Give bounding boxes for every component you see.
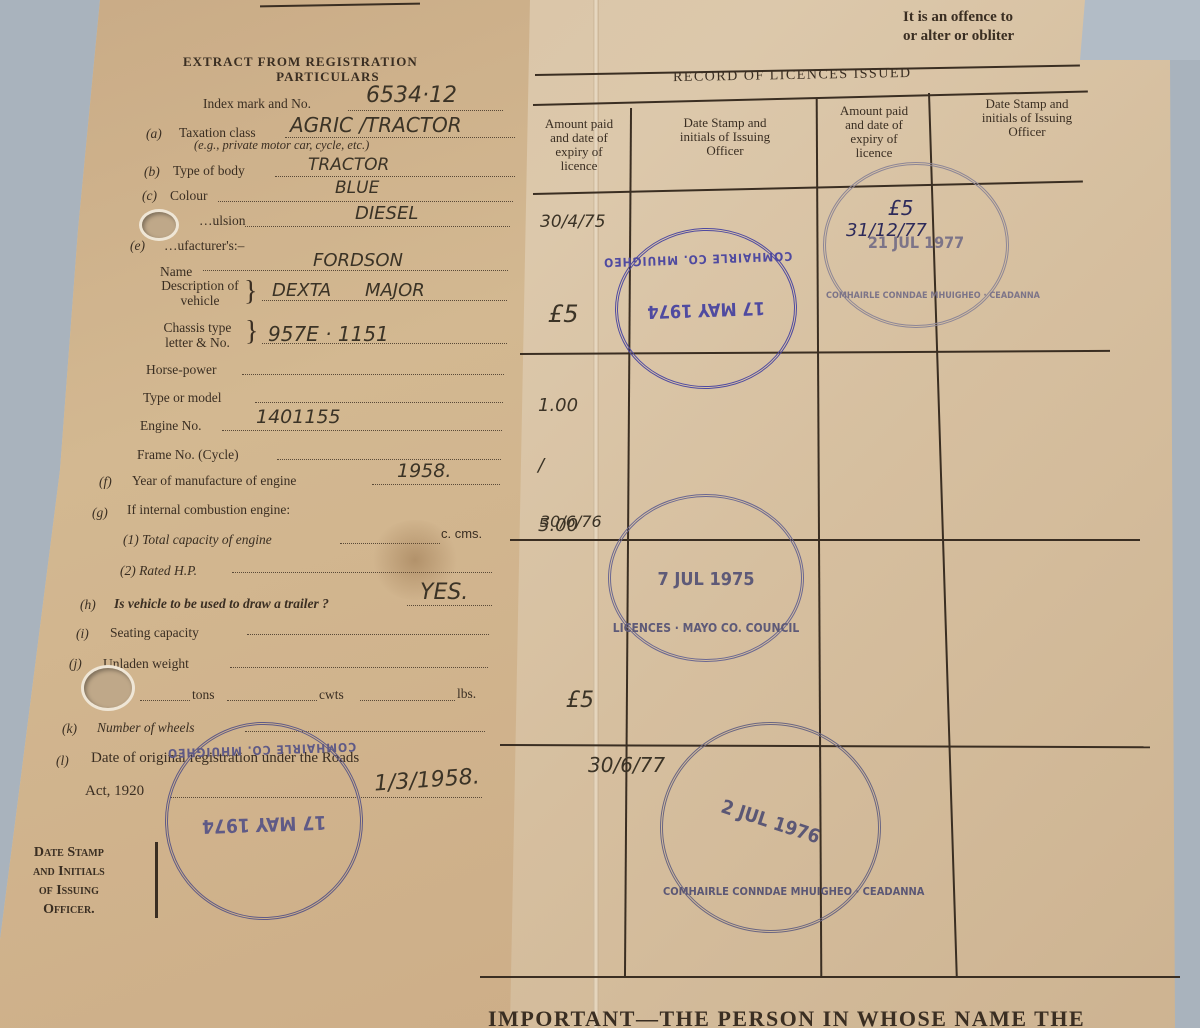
year-value: 1958. xyxy=(397,460,451,482)
wheels-label: Number of wheels xyxy=(97,720,195,736)
extract-title: EXTRACT FROM REGISTRATION PARTICULARS xyxy=(183,54,418,84)
description-brace: } xyxy=(244,278,257,306)
row-divider-5 xyxy=(480,976,1180,978)
top-notice-line1: It is an offence to xyxy=(903,8,1014,27)
tons-label: tons xyxy=(192,687,215,703)
frame-no-label: Frame No. (Cycle) xyxy=(137,447,239,463)
chassis-label: Chassis type letter & No. xyxy=(150,320,245,350)
propulsion-value: DIESEL xyxy=(355,203,418,224)
chassis-brace: } xyxy=(245,318,258,346)
col-header-stamp-1: Date Stamp and initials of Issuing Offic… xyxy=(670,116,780,158)
name-value: FORDSON xyxy=(313,250,403,271)
col-header-amount-1: Amount paid and date of expiry of licenc… xyxy=(540,117,618,173)
lbs-field-line xyxy=(360,700,455,701)
description-label: Description of vehicle xyxy=(157,278,243,308)
rated-hp-label: (2) Rated H.P. xyxy=(120,563,197,579)
licence-3-stamp: 7 JUL 1975 LICENCES · MAYO CO. COUNCIL xyxy=(608,494,804,662)
taxation-hint: (e.g., private motor car, cycle, etc.) xyxy=(194,138,369,153)
year-label: Year of manufacture of engine xyxy=(132,473,296,489)
taxation-value: AGRIC /TRACTOR xyxy=(290,113,462,137)
model-field-line xyxy=(255,402,503,403)
index-field-line xyxy=(348,110,503,111)
col-header-stamp-2: Date Stamp and initials of Issuing Offic… xyxy=(972,97,1082,139)
engine-no-label: Engine No. xyxy=(140,418,202,434)
colour-field-line xyxy=(218,201,513,202)
seating-field-line xyxy=(247,634,489,635)
cwts-label: cwts xyxy=(319,687,344,703)
colour-label: Colour xyxy=(170,188,208,204)
engine-no-value: 1401155 xyxy=(256,406,341,428)
licence-4-expiry: 30/6/77 xyxy=(588,752,618,778)
seating-label: Seating capacity xyxy=(110,625,199,641)
index-value: 6534·12 xyxy=(366,83,457,108)
top-notice-line2: or alter or obliter xyxy=(903,27,1014,46)
colour-value: BLUE xyxy=(335,178,379,198)
body-prefix: (b) xyxy=(144,164,160,180)
date-stamp-divider xyxy=(155,842,158,918)
punch-hole-bottom xyxy=(84,668,132,708)
orig-reg-label2: Act, 1920 xyxy=(85,783,144,800)
top-notice: It is an offence to or alter or obliter xyxy=(903,8,1014,46)
engine-no-field-line xyxy=(222,430,502,431)
body-field-line xyxy=(275,176,515,177)
year-prefix: (f) xyxy=(99,474,112,490)
licence-4-stamp: 2 JUL 1976 COMHAIRLE CONNDAE MHUIGHEO · … xyxy=(660,722,881,933)
wheels-prefix: (k) xyxy=(62,721,77,737)
chassis-value: 957E · 1151 xyxy=(268,322,389,346)
licence-2-stamp-date: 21 JUL 1977 xyxy=(826,233,1006,252)
lbs-label: lbs. xyxy=(457,686,476,702)
trailer-prefix: (h) xyxy=(80,597,96,613)
licence-4-stamp-ring: COMHAIRLE CONNDAE MHUIGHEO · CEADANNA xyxy=(663,885,878,898)
punch-hole-top xyxy=(142,212,176,238)
registration-stamp-date: 17 MAY 1974 xyxy=(168,810,361,839)
tons-field-line xyxy=(140,700,190,701)
important-notice: IMPORTANT—THE PERSON IN WHOSE NAME THE xyxy=(488,1006,1085,1028)
horsepower-field-line xyxy=(242,374,504,375)
trailer-field-line xyxy=(407,605,492,606)
licence-1-expiry: 30/4/75 xyxy=(540,212,574,232)
licence-2-stamp-ring: COMHAIRLE CONNDAE MHUIGHEO · CEADANNA xyxy=(826,291,1006,301)
licence-1-stamp-date: 17 MAY 1974 xyxy=(618,296,795,323)
trailer-value: YES. xyxy=(420,580,468,605)
description-value: DEXTA MAJOR xyxy=(272,280,425,301)
index-label: Index mark and No. xyxy=(203,96,311,112)
body-value: TRACTOR xyxy=(308,155,389,175)
col-header-amount-2: Amount paid and date of expiry of licenc… xyxy=(833,104,915,160)
orig-reg-prefix: (l) xyxy=(56,753,69,769)
propulsion-label: …ulsion xyxy=(199,213,246,229)
unladen-field-line xyxy=(230,667,488,668)
capacity-label: (1) Total capacity of engine xyxy=(123,532,272,548)
taxation-prefix: (a) xyxy=(146,126,162,142)
seating-prefix: (i) xyxy=(76,626,89,642)
ice-prefix: (g) xyxy=(92,505,108,521)
propulsion-field-line xyxy=(245,226,510,227)
year-field-line xyxy=(372,484,500,485)
body-label: Type of body xyxy=(173,163,245,179)
frame-no-field-line xyxy=(277,459,501,460)
licence-4-stamp-date: 2 JUL 1976 xyxy=(665,778,876,865)
manufacturer-label: …ufacturer's:– xyxy=(164,238,244,254)
cwts-field-line xyxy=(227,700,317,701)
licence-4-amount: £5 xyxy=(566,688,594,713)
unladen-prefix: (j) xyxy=(69,656,82,672)
model-label: Type or model xyxy=(143,390,222,406)
licence-2-stamp: 21 JUL 1977 COMHAIRLE CONNDAE MHUIGHEO ·… xyxy=(823,162,1009,328)
ice-label: If internal combustion engine: xyxy=(127,502,290,518)
manufacturer-prefix: (e) xyxy=(130,238,145,254)
date-stamp-label: Date Stamp and Initials of Issuing Offic… xyxy=(33,843,105,919)
trailer-label: Is vehicle to be used to draw a trailer … xyxy=(114,596,329,612)
licence-1-stamp-ring: COMHAIRLE CO. MHUIGHEO xyxy=(616,249,792,269)
licence-3-stamp-ring: LICENCES · MAYO CO. COUNCIL xyxy=(611,621,801,635)
row-divider-3 xyxy=(510,539,1140,541)
licence-3-stamp-date: 7 JUL 1975 xyxy=(611,569,801,590)
licence-3-expiry: 30/6/76 xyxy=(540,512,580,532)
colour-prefix: (c) xyxy=(142,188,157,204)
background-surface xyxy=(1080,0,1200,60)
licence-1-amount: £5 xyxy=(548,300,579,328)
horsepower-label: Horse-power xyxy=(146,362,216,378)
